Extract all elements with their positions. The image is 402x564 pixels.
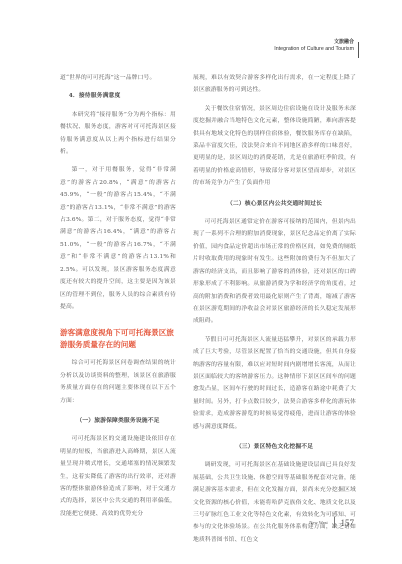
right-column: 展现，难以有效契合游客多样化出行需求，在一定程度上降了景区旅游服务的可到达性。 … <box>193 72 356 546</box>
section-heading: （一）旅游保障类服务设施不足 <box>60 415 176 427</box>
paragraph: 关于餐饮住宿情况，景区周边住宿设施在设计及服务未深度挖掘并融合当地特色文化元素，… <box>193 103 356 190</box>
header-divider <box>358 42 359 58</box>
sub-heading: 4．接待服务满意度 <box>60 90 176 102</box>
left-column: 道“世界的可可托海”这一品牌口号。 4．接待服务满意度 本研究将“接待服务”分为… <box>60 72 176 520</box>
section-heading: （二）核心景区内公共交通时间过长 <box>193 198 356 210</box>
footer-divider <box>334 517 335 528</box>
paragraph: 道“世界的可可托海”这一品牌口号。 <box>60 72 176 84</box>
paragraph: 第一，对于用餐服务，觉得“非常满意”的游客占20.8%，“满意”的游客占45.9… <box>60 164 176 313</box>
paragraph: 可可托海景区通常定价在游客可接纳的范围内，但景内出现了一系列不合理的附加消费现象… <box>193 216 356 328</box>
header-section-cn: 文旅融合 <box>274 40 354 45</box>
header-section-en: Integration of Culture and Tourism <box>274 47 354 52</box>
header-text-block: 文旅融合 Integration of Culture and Tourism <box>274 40 354 52</box>
paragraph: 展现，难以有效契合游客多样化出行需求，在一定程度上降了景区旅游服务的可到达性。 <box>193 72 356 97</box>
page-number: 157 <box>341 518 355 528</box>
paragraph: 综合可可托海景区问卷调查结果的统计分析以及访谈资料的整理，该景区在旅游服务质量方… <box>60 357 176 407</box>
paragraph: 节假日可可托海景区人流量迅猛攀升，对景区的承载力形成了巨大考验，尽管景区配置了恰… <box>193 334 356 433</box>
paragraph: 本研究将“接待服务”分为两个指标：用餐状况、服务态度，游客对可可托海景区接待服务… <box>60 109 176 159</box>
page-footer: New West 157 <box>309 517 354 528</box>
section-heading: （三）景区特色文化挖掘不足 <box>193 441 356 453</box>
paragraph: 可可托海景区的交通设施建设依旧存在明显的短板，当旅游进入高峰期，景区人流量呈现井… <box>60 433 176 520</box>
section-heading-red: 游客满意度视角下可可托海景区旅游服务质量存在的问题 <box>60 327 176 351</box>
footer-brand: New West <box>309 520 327 525</box>
paragraph: 调研发现，可可托海景区在基础设施建设层面已具良好发展基础，公共卫生设施、休憩空间… <box>193 459 356 546</box>
